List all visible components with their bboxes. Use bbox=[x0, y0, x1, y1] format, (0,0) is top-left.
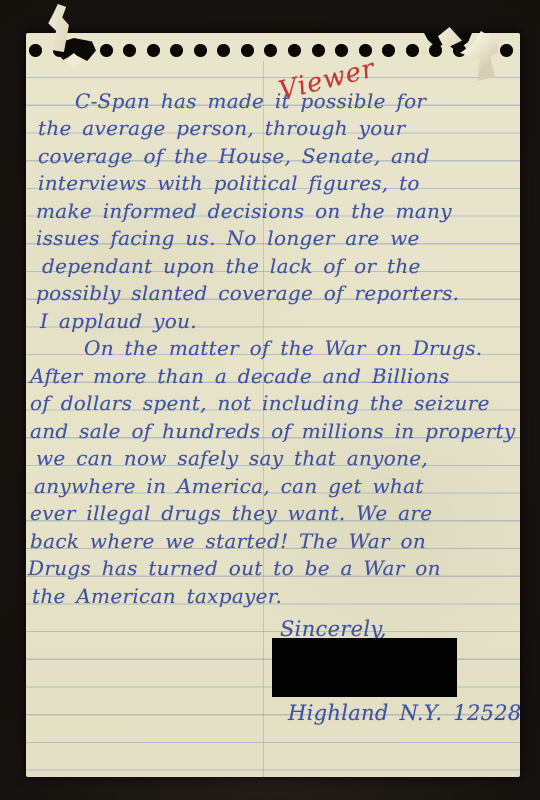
spiral-hole bbox=[288, 44, 301, 57]
handwriting-line: the average person, through your bbox=[38, 116, 406, 140]
handwriting-line: C-Span has made it possible for bbox=[75, 89, 426, 113]
spiral-hole bbox=[500, 44, 513, 57]
spiral-hole bbox=[194, 44, 207, 57]
scan-background: Viewer C-Span has made it possible for t… bbox=[0, 0, 540, 800]
spiral-hole bbox=[100, 44, 113, 57]
spiral-hole bbox=[29, 44, 42, 57]
handwriting-line: I applaud you. bbox=[40, 309, 197, 333]
handwriting-line: anywhere in America, can get what bbox=[34, 474, 424, 498]
handwriting-line: dependant upon the lack of or the bbox=[42, 254, 421, 278]
handwriting-line: back where we started! The War on bbox=[30, 529, 426, 553]
handwriting-line: issues facing us. No longer are we bbox=[36, 226, 420, 250]
spiral-hole bbox=[312, 44, 325, 57]
spiral-hole bbox=[170, 44, 183, 57]
spiral-hole bbox=[217, 44, 230, 57]
redaction-box bbox=[272, 638, 457, 697]
handwriting-line: of dollars spent, not including the seiz… bbox=[30, 391, 490, 415]
handwriting-line: Drugs has turned out to be a War on bbox=[28, 556, 441, 580]
handwriting-line: the American taxpayer. bbox=[32, 584, 282, 608]
letter-page: Viewer C-Span has made it possible for t… bbox=[26, 33, 520, 777]
spiral-hole bbox=[241, 44, 254, 57]
spiral-hole bbox=[382, 44, 395, 57]
spiral-hole bbox=[123, 44, 136, 57]
spiral-hole bbox=[335, 44, 348, 57]
handwriting-line: interviews with political figures, to bbox=[38, 171, 420, 195]
handwriting-line: make informed decisions on the many bbox=[36, 199, 452, 223]
handwriting-line: we can now safely say that anyone, bbox=[36, 446, 428, 470]
handwriting-line: After more than a decade and Billions bbox=[30, 364, 450, 388]
spiral-hole bbox=[406, 44, 419, 57]
handwriting-line: ever illegal drugs they want. We are bbox=[30, 501, 432, 525]
handwriting-line: and sale of hundreds of millions in prop… bbox=[30, 419, 515, 443]
spiral-hole bbox=[264, 44, 277, 57]
city-zip-line: Highland N.Y. 12528 bbox=[288, 701, 522, 725]
handwriting-line: possibly slanted coverage of reporters. bbox=[36, 281, 459, 305]
handwriting-line: On the matter of the War on Drugs. bbox=[84, 336, 482, 360]
handwriting-line: coverage of the House, Senate, and bbox=[38, 144, 430, 168]
spiral-hole bbox=[147, 44, 160, 57]
